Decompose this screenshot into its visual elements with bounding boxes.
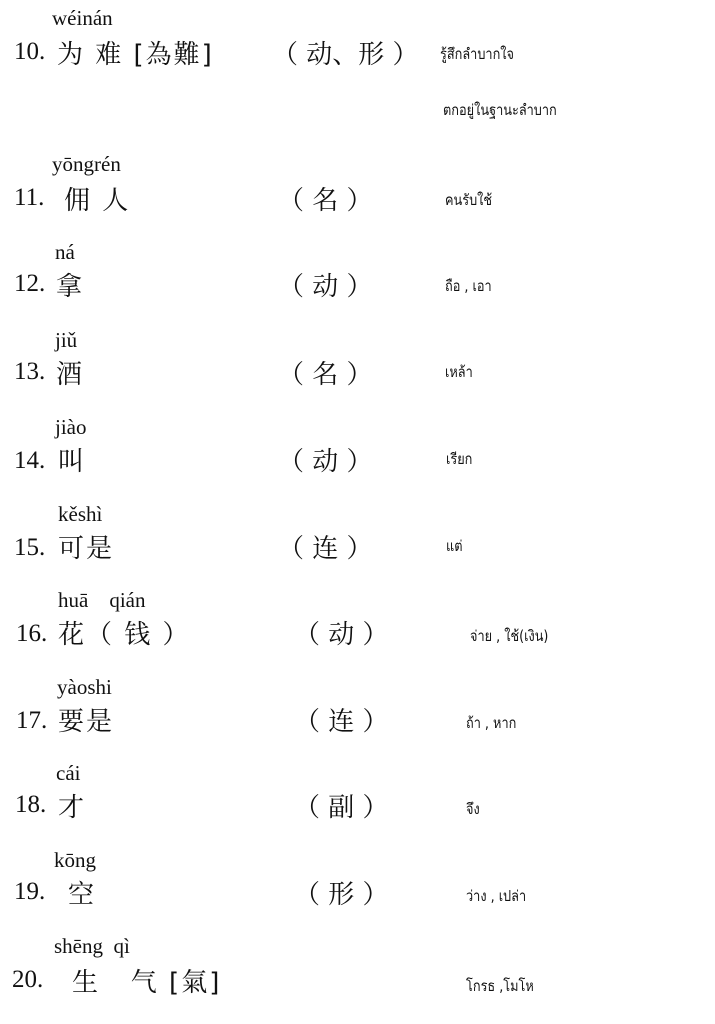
pinyin: jiǔ	[55, 328, 77, 353]
vocab-entry-15: kěshì 15. 可是 （ 连 ） แต่	[0, 502, 715, 582]
hanzi: 佣 人	[64, 180, 130, 217]
hanzi: 为 难 [為難]	[57, 34, 214, 71]
thai-meaning-2: ตกอยู่ในฐานะลำบาก	[443, 98, 557, 122]
part-of-speech: （ 名 ）	[278, 180, 373, 217]
pinyin: ná	[55, 240, 75, 265]
thai-meaning: จึง	[466, 797, 480, 821]
part-of-speech: （ 连 ）	[294, 701, 389, 738]
hanzi: 生 气 [氣]	[72, 962, 221, 999]
hanzi: 可是	[58, 528, 114, 565]
thai-meaning: โกรธ ,โมโห	[466, 974, 534, 998]
vocab-entry-13: jiǔ 13. 酒 （ 名 ） เหล้า	[0, 328, 715, 408]
entry-number: 14.	[14, 447, 45, 475]
entry-number: 10.	[14, 38, 45, 66]
thai-meaning: ถือ , เอา	[445, 274, 492, 298]
entry-number: 12.	[14, 270, 45, 298]
pinyin: yàoshi	[57, 675, 112, 700]
part-of-speech: （ 形 ）	[294, 874, 389, 911]
part-of-speech: （ 副 ）	[294, 787, 389, 824]
vocab-entry-12: ná 12. 拿 （ 动 ） ถือ , เอา	[0, 240, 715, 320]
pinyin: huā qián	[58, 588, 145, 613]
entry-number: 18.	[15, 791, 46, 819]
entry-number: 11.	[14, 184, 44, 212]
entry-number: 20.	[12, 966, 43, 994]
hanzi: 花（ 钱 ）	[58, 614, 191, 651]
vocab-entry-14: jiào 14. 叫 （ 动 ） เรียก	[0, 415, 715, 495]
thai-meaning: จ่าย , ใช้(เงิน)	[470, 624, 548, 648]
vocab-entry-19: kōng 19. 空 （ 形 ） ว่าง , เปล่า	[0, 848, 715, 928]
entry-number: 17.	[16, 707, 47, 735]
pinyin: kěshì	[58, 502, 102, 527]
pinyin: yōngrén	[52, 152, 121, 177]
hanzi: 叫	[58, 441, 86, 478]
vocab-entry-18: cái 18. 才 （ 副 ） จึง	[0, 761, 715, 841]
thai-meaning: ว่าง , เปล่า	[466, 884, 526, 908]
pinyin: shēng qì	[54, 934, 130, 959]
entry-number: 15.	[14, 534, 45, 562]
thai-meaning: แต่	[446, 534, 463, 558]
part-of-speech: （ 名 ）	[278, 354, 373, 391]
hanzi: 要是	[58, 701, 114, 738]
entry-number: 13.	[14, 358, 45, 386]
thai-meaning: รู้สึกลำบากใจ	[440, 42, 514, 66]
part-of-speech: （ 动 ）	[278, 441, 373, 478]
thai-meaning: คนรับใช้	[445, 188, 492, 212]
hanzi: 酒	[56, 354, 84, 391]
vocab-entry-11: yōngrén 11. 佣 人 （ 名 ） คนรับใช้	[0, 152, 715, 232]
hanzi: 空	[68, 874, 96, 911]
vocab-entry-20: shēng qì 20. 生 气 [氣] โกรธ ,โมโห	[0, 934, 715, 1014]
part-of-speech: （ 动、形 ）	[272, 34, 419, 71]
hanzi: 拿	[56, 266, 84, 303]
hanzi: 才	[58, 787, 86, 824]
pinyin: kōng	[54, 848, 96, 873]
thai-meaning: เรียก	[446, 447, 472, 471]
pinyin: wéinán	[52, 6, 113, 31]
entry-number: 19.	[14, 878, 45, 906]
part-of-speech: （ 连 ）	[278, 528, 373, 565]
pinyin: cái	[56, 761, 80, 786]
entry-number: 16.	[16, 620, 47, 648]
thai-meaning: ถ้า , หาก	[466, 711, 516, 735]
part-of-speech: （ 动 ）	[294, 614, 389, 651]
pinyin: jiào	[55, 415, 87, 440]
vocab-entry-16: huā qián 16. 花（ 钱 ） （ 动 ） จ่าย , ใช้(เงิ…	[0, 588, 715, 668]
vocab-entry-10: wéinán 10. 为 难 [為難] （ 动、形 ） รู้สึกลำบากใ…	[0, 0, 715, 80]
thai-meaning: เหล้า	[445, 360, 473, 384]
part-of-speech: （ 动 ）	[278, 266, 373, 303]
vocab-entry-17: yàoshi 17. 要是 （ 连 ） ถ้า , หาก	[0, 675, 715, 755]
